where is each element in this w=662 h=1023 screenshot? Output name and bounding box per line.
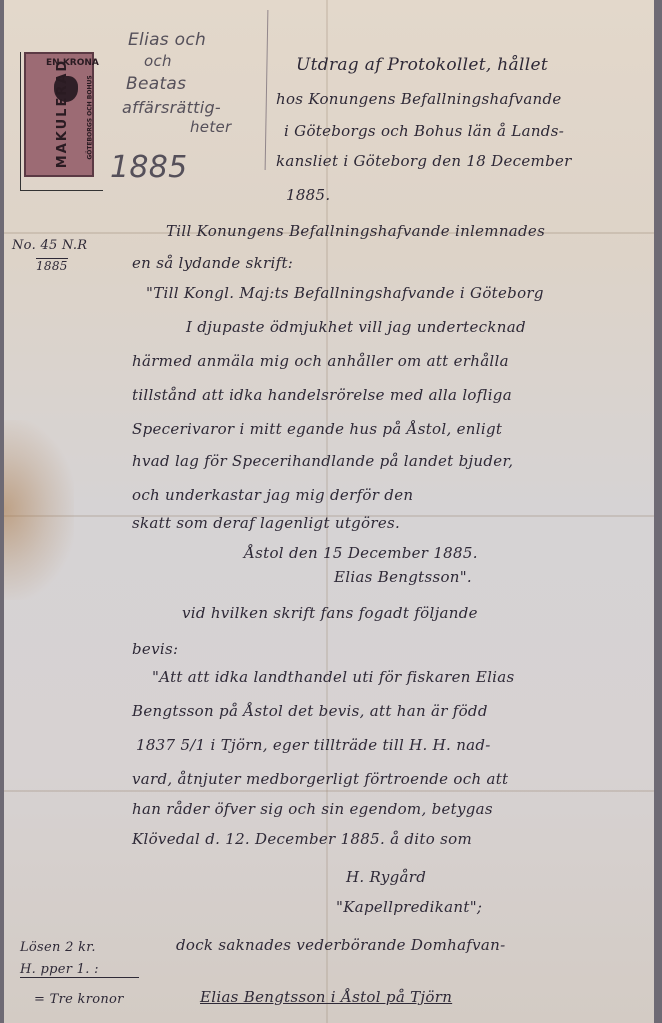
body-line: Specerivaror i mitt egande hus på Åstol,… bbox=[132, 420, 502, 438]
body-line: "Att att idka landthandel uti för fiskar… bbox=[152, 668, 515, 686]
body-line: härmed anmäla mig och anhåller om att er… bbox=[132, 352, 509, 370]
water-stain bbox=[4, 420, 74, 600]
body-line: och underkastar jag mig derför den bbox=[132, 486, 413, 504]
reference-number: No. 45 N.R bbox=[12, 238, 87, 253]
stamp-cancel-text: MAKULERAD bbox=[55, 59, 70, 168]
body-line: I djupaste ödmjukhet vill jag underteckn… bbox=[186, 318, 526, 336]
body-line: en så lydande skrift: bbox=[132, 254, 293, 272]
stamp-side-text: GÖTEBORGS OCH BOHUS bbox=[87, 75, 94, 159]
pencil-note-line: Elias och bbox=[128, 30, 206, 50]
document-page: EN KRONA MAKULERAD GÖTEBORGS OCH BOHUS E… bbox=[4, 0, 654, 1023]
letter-signature: Elias Bengtsson". bbox=[334, 568, 472, 586]
body-line: Till Konungens Befallningshafvande inlem… bbox=[166, 222, 545, 240]
body-line: vard, åtnjuter medborgerligt förtroende … bbox=[132, 770, 508, 788]
heading-line: hos Konungens Befallningshafvande bbox=[276, 90, 562, 108]
pencil-note-line: heter bbox=[190, 118, 232, 136]
pencil-note-line: Beatas bbox=[126, 74, 186, 94]
body-line: 1837 5/1 i Tjörn, eger tillträde till H.… bbox=[136, 736, 491, 754]
revenue-stamp: EN KRONA MAKULERAD GÖTEBORGS OCH BOHUS bbox=[24, 52, 94, 177]
body-line: skatt som deraf lagenligt utgöres. bbox=[132, 514, 400, 532]
heading-line: 1885. bbox=[286, 186, 330, 204]
certifier-signature: H. Rygård bbox=[346, 868, 426, 886]
pencil-note-line: affärsrättig- bbox=[122, 98, 221, 117]
letter-date: Åstol den 15 December 1885. bbox=[244, 544, 478, 562]
heading-line: Utdrag af Protokollet, hållet bbox=[296, 55, 548, 75]
body-line: "Till Kongl. Maj:ts Befallningshafvande … bbox=[146, 284, 544, 302]
margin-line bbox=[265, 10, 269, 170]
body-line: tillstånd att idka handelsrörelse med al… bbox=[132, 386, 512, 404]
fee-note-line: H. pper 1. : bbox=[20, 962, 139, 978]
heading-line: i Göteborgs och Bohus län å Lands- bbox=[284, 122, 564, 140]
closing-line: dock saknades vederbörande Domhafvan- bbox=[176, 936, 506, 954]
certifier-title: "Kapellpredikant"; bbox=[336, 898, 482, 916]
pencil-note-line: och bbox=[144, 52, 172, 70]
body-line: Bengtsson på Åstol det bevis, att han är… bbox=[132, 702, 488, 720]
fold-line bbox=[4, 790, 654, 792]
heading-line: kansliet i Göteborg den 18 December bbox=[276, 152, 572, 170]
fee-note-line: = Tre kronor bbox=[34, 992, 124, 1007]
fee-note-line: Lösen 2 kr. bbox=[20, 940, 96, 955]
body-line: bevis: bbox=[132, 640, 178, 658]
reference-year: 1885 bbox=[36, 258, 68, 273]
body-line: han råder öfver sig och sin egendom, bet… bbox=[132, 800, 493, 818]
pencil-note-year: 1885 bbox=[110, 150, 188, 185]
bottom-line: Elias Bengtsson i Åstol på Tjörn bbox=[200, 988, 452, 1006]
body-line: Klövedal d. 12. December 1885. å dito so… bbox=[132, 830, 472, 848]
stamp-denomination: EN KRONA bbox=[46, 58, 99, 68]
body-line: vid hvilken skrift fans fogadt följande bbox=[182, 604, 478, 622]
body-line: hvad lag för Specerihandlande på landet … bbox=[132, 452, 513, 470]
